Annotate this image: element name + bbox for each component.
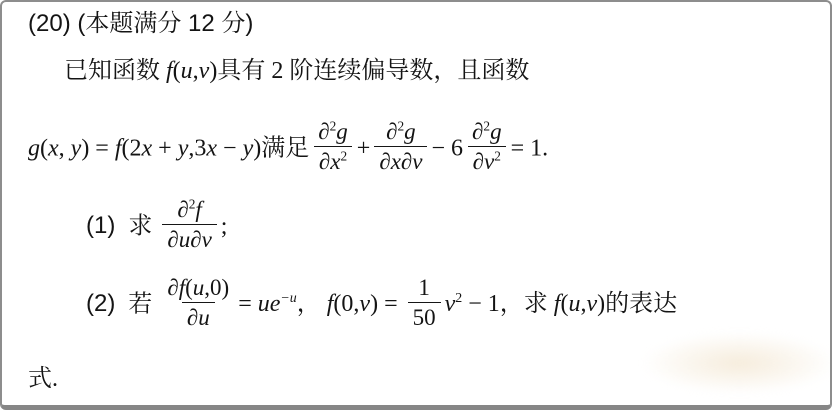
intro-line: 已知函数 f(u,v)具有 2 阶连续偏导数，且函数 bbox=[64, 56, 529, 87]
fraction-numerator: ∂2g bbox=[467, 119, 507, 146]
part1-label: (1) bbox=[86, 212, 115, 239]
fraction-numerator: ∂2g bbox=[313, 119, 353, 146]
fraction-d2g-dv2: ∂2g∂v2 bbox=[467, 119, 507, 175]
equation-line: g(x, y) = f(2x + y,3x − y)满足∂2g∂x2+∂2g∂x… bbox=[28, 122, 548, 178]
fraction-d2g-dx2: ∂2g∂x2 bbox=[313, 119, 353, 175]
part2-condition1: = ue−u， f(0,v) = bbox=[238, 291, 403, 317]
fraction-numerator: ∂2g bbox=[381, 119, 421, 146]
fraction-numerator: 1 bbox=[413, 275, 435, 302]
plus-operator: + bbox=[357, 135, 371, 161]
fraction-numerator: ∂2f bbox=[172, 197, 206, 224]
fraction-denominator: ∂u bbox=[182, 302, 215, 331]
score-note: (本题满分 12 分) bbox=[77, 10, 253, 37]
fraction-denominator: 50 bbox=[408, 302, 441, 331]
fraction-denominator: ∂x∂v bbox=[374, 146, 427, 175]
part1-text: 求 bbox=[128, 213, 158, 239]
part2-line: (2)若 ∂f(u,0)∂u= ue−u， f(0,v) = 150v2 − 1… bbox=[86, 278, 677, 334]
equation-lhs: g(x, y) = f(2x + y,3x − y)满足 bbox=[28, 135, 309, 161]
fraction-numerator: ∂f(u,0) bbox=[162, 275, 234, 302]
closing-line: 式. bbox=[28, 364, 58, 395]
problem-header: (20) (本题满分 12 分) bbox=[28, 8, 253, 40]
fraction-denominator: ∂x2 bbox=[314, 146, 352, 175]
part1-semicolon: ; bbox=[221, 213, 228, 239]
equation-rhs: = 1. bbox=[511, 135, 549, 161]
fraction-dfu0-du: ∂f(u,0)∂u bbox=[162, 275, 234, 331]
minus-six-operator: − 6 bbox=[431, 135, 463, 161]
watermark-smudge bbox=[642, 332, 832, 394]
part1-line: (1)求 ∂2f∂u∂v; bbox=[86, 200, 227, 256]
fraction-d2g-dxdv: ∂2g∂x∂v bbox=[374, 119, 427, 175]
fraction-d2f-dudv: ∂2f∂u∂v bbox=[162, 197, 216, 253]
part2-label: (2) bbox=[86, 290, 115, 317]
problem-number: (20) bbox=[28, 10, 77, 37]
fraction-denominator: ∂v2 bbox=[468, 146, 506, 175]
part2-text: 若 bbox=[128, 291, 158, 317]
part2-condition2: v2 − 1，求 f(u,v)的表达 bbox=[445, 291, 677, 317]
document-page: (20) (本题满分 12 分) 已知函数 f(u,v)具有 2 阶连续偏导数，… bbox=[0, 0, 832, 410]
fraction-denominator: ∂u∂v bbox=[162, 224, 216, 253]
fraction-one-fiftieth: 150 bbox=[408, 275, 441, 331]
